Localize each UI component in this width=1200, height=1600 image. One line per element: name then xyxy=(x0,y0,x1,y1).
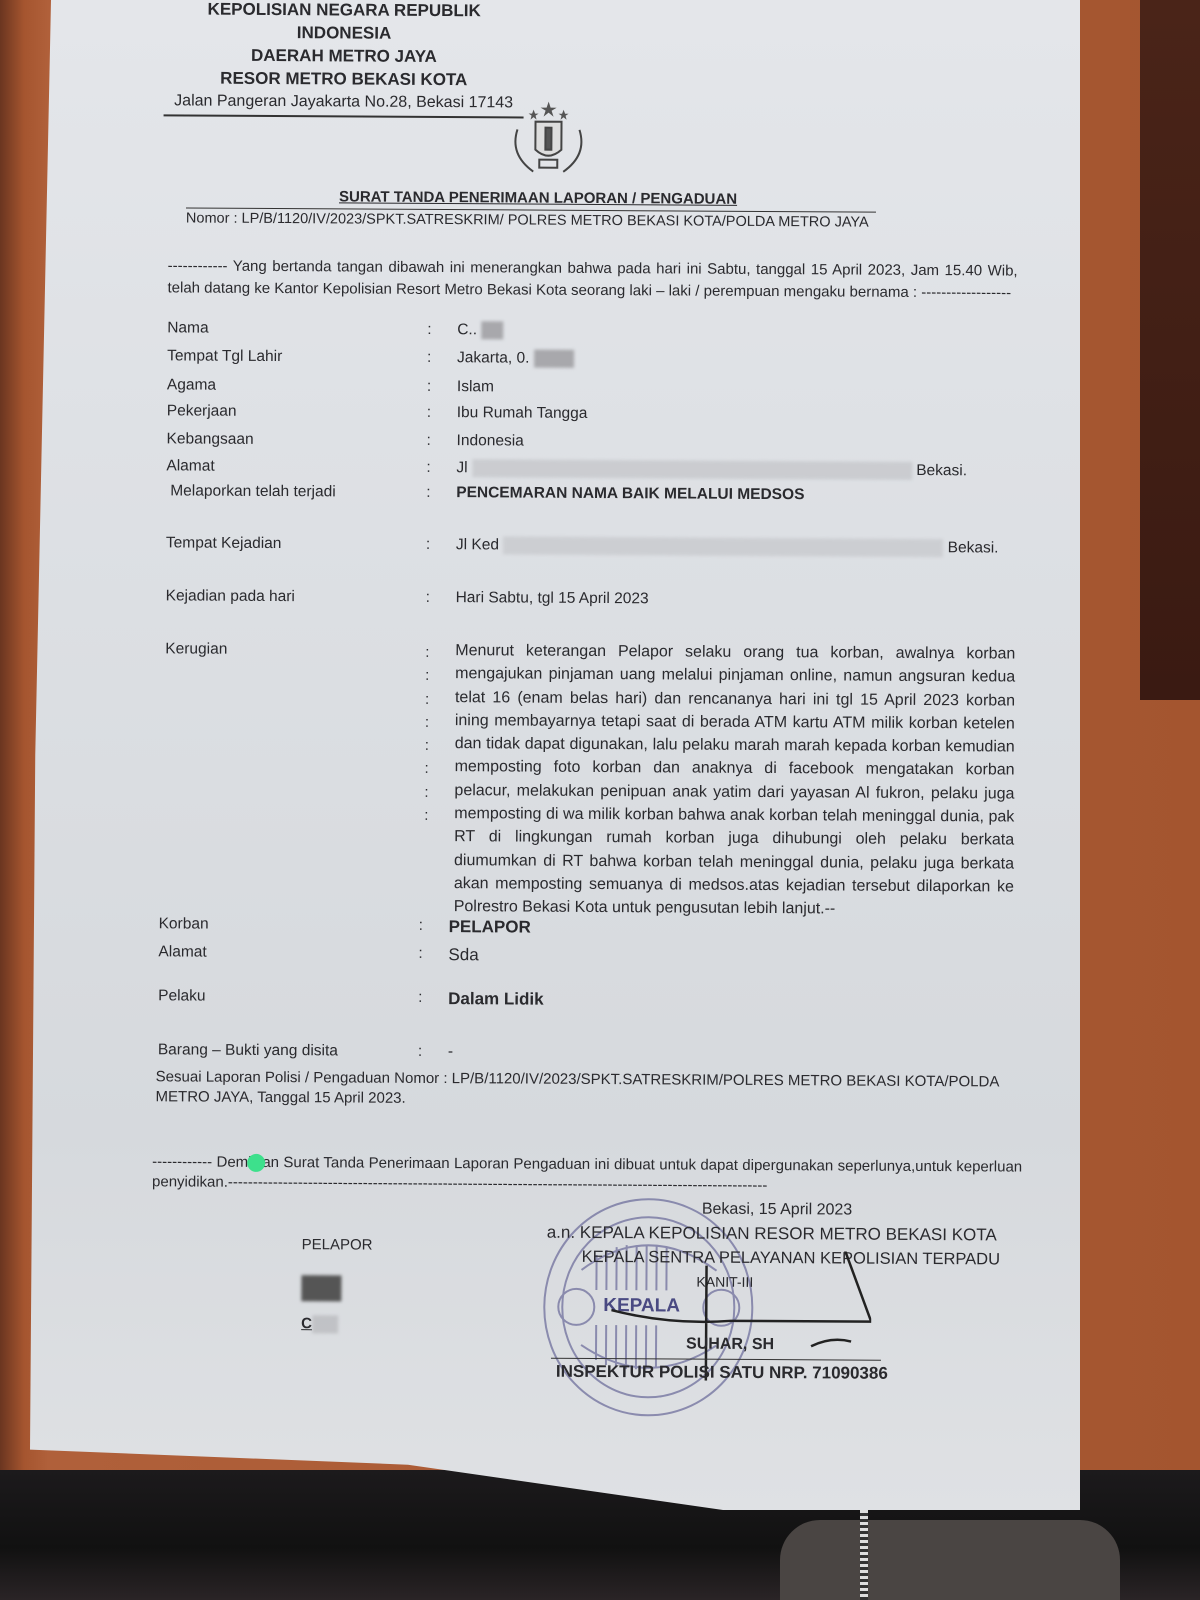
colon: : xyxy=(427,378,431,396)
document: KEPOLISIAN NEGARA REPUBLIK INDONESIA DAE… xyxy=(0,0,1200,1600)
letterhead-line3: RESOR METRO BEKASI KOTA xyxy=(164,66,524,91)
colon: : xyxy=(427,404,431,422)
label: Kejadian pada hari xyxy=(166,587,416,607)
value: C.. xyxy=(457,321,503,339)
reporter-signature xyxy=(301,1275,372,1301)
on-behalf-of: a.n. KEPALA KEPOLISIAN RESOR METRO BEKAS… xyxy=(547,1223,997,1246)
reporter-label: PELAPOR xyxy=(302,1236,373,1253)
value: Jl Ked Bekasi. xyxy=(456,536,999,557)
label: Kebangsaan xyxy=(167,430,417,450)
letterhead-line2: DAERAH METRO JAYA xyxy=(164,43,524,68)
colon: : xyxy=(427,321,431,339)
value: Hari Sabtu, tgl 15 April 2023 xyxy=(456,589,649,608)
label: Pekerjaan xyxy=(167,402,417,422)
document-title: SURAT TANDA PENERIMAAN LAPORAN / PENGADU… xyxy=(188,187,888,208)
place-date: Bekasi, 15 April 2023 xyxy=(702,1201,852,1220)
label: Alamat xyxy=(166,457,416,477)
officer-name: SUHAR, SH xyxy=(686,1336,774,1355)
colon: : xyxy=(426,589,430,607)
green-dot-marker xyxy=(247,1154,265,1172)
colon: : xyxy=(426,459,430,477)
value: Sda xyxy=(448,945,478,965)
reporter-signature-block: PELAPOR C xyxy=(301,1236,372,1333)
value: PELAPOR xyxy=(449,917,531,938)
label: Tempat Tgl Lahir xyxy=(167,347,417,367)
label: Tempat Kejadian xyxy=(166,534,416,554)
colon: : xyxy=(427,349,431,367)
reference-statement: Sesuai Laporan Polisi / Pengaduan Nomor … xyxy=(156,1067,1021,1112)
intro-paragraph: ------------ Yang bertanda tangan dibawa… xyxy=(167,255,1017,304)
colon: : xyxy=(418,989,422,1007)
value: Jl Bekasi. xyxy=(456,459,967,480)
colon: : xyxy=(419,917,423,935)
colon: : xyxy=(427,432,431,450)
label: Alamat xyxy=(158,943,408,963)
value: - xyxy=(448,1043,453,1061)
value: Dalam Lidik xyxy=(448,989,544,1010)
label: Melaporkan telah terjadi xyxy=(170,482,420,502)
value: Islam xyxy=(457,378,494,396)
value: Ibu Rumah Tangga xyxy=(457,404,588,423)
letterhead-line1: KEPOLISIAN NEGARA REPUBLIK INDONESIA xyxy=(164,0,524,46)
colon: : xyxy=(418,945,422,963)
officer-rank-nrp: INSPEKTUR POLISI SATU NRP. 71090386 xyxy=(556,1362,888,1384)
label: Nama xyxy=(167,319,417,339)
value: Indonesia xyxy=(457,432,524,450)
colon: : xyxy=(418,1043,422,1061)
closing-statement: ------------ Demikian Surat Tanda Peneri… xyxy=(152,1152,1022,1197)
colon: : xyxy=(426,484,430,502)
kerugian-text: Menurut keterangan Pelapor selaku orang … xyxy=(454,639,1016,922)
colon: : xyxy=(426,536,430,554)
label: Korban xyxy=(159,915,409,935)
label: Barang – Bukti yang disita xyxy=(158,1041,408,1061)
label: Pelaku xyxy=(158,987,408,1007)
value: Jakarta, 0. xyxy=(457,349,574,368)
letterhead-address: Jalan Pangeran Jayakarta No.28, Bekasi 1… xyxy=(164,89,524,118)
document-number: Nomor : LP/B/1120/IV/2023/SPKT.SATRESKRI… xyxy=(186,210,869,230)
label: Kerugian xyxy=(165,640,415,660)
value: PENCEMARAN NAMA BAIK MELALUI MEDSOS xyxy=(456,484,804,504)
kerugian-colons: :::::::: xyxy=(424,641,429,827)
letterhead: KEPOLISIAN NEGARA REPUBLIK INDONESIA DAE… xyxy=(164,0,525,119)
label: Agama xyxy=(167,376,417,396)
reporter-name: C xyxy=(301,1315,372,1333)
police-emblem-icon xyxy=(503,99,593,180)
